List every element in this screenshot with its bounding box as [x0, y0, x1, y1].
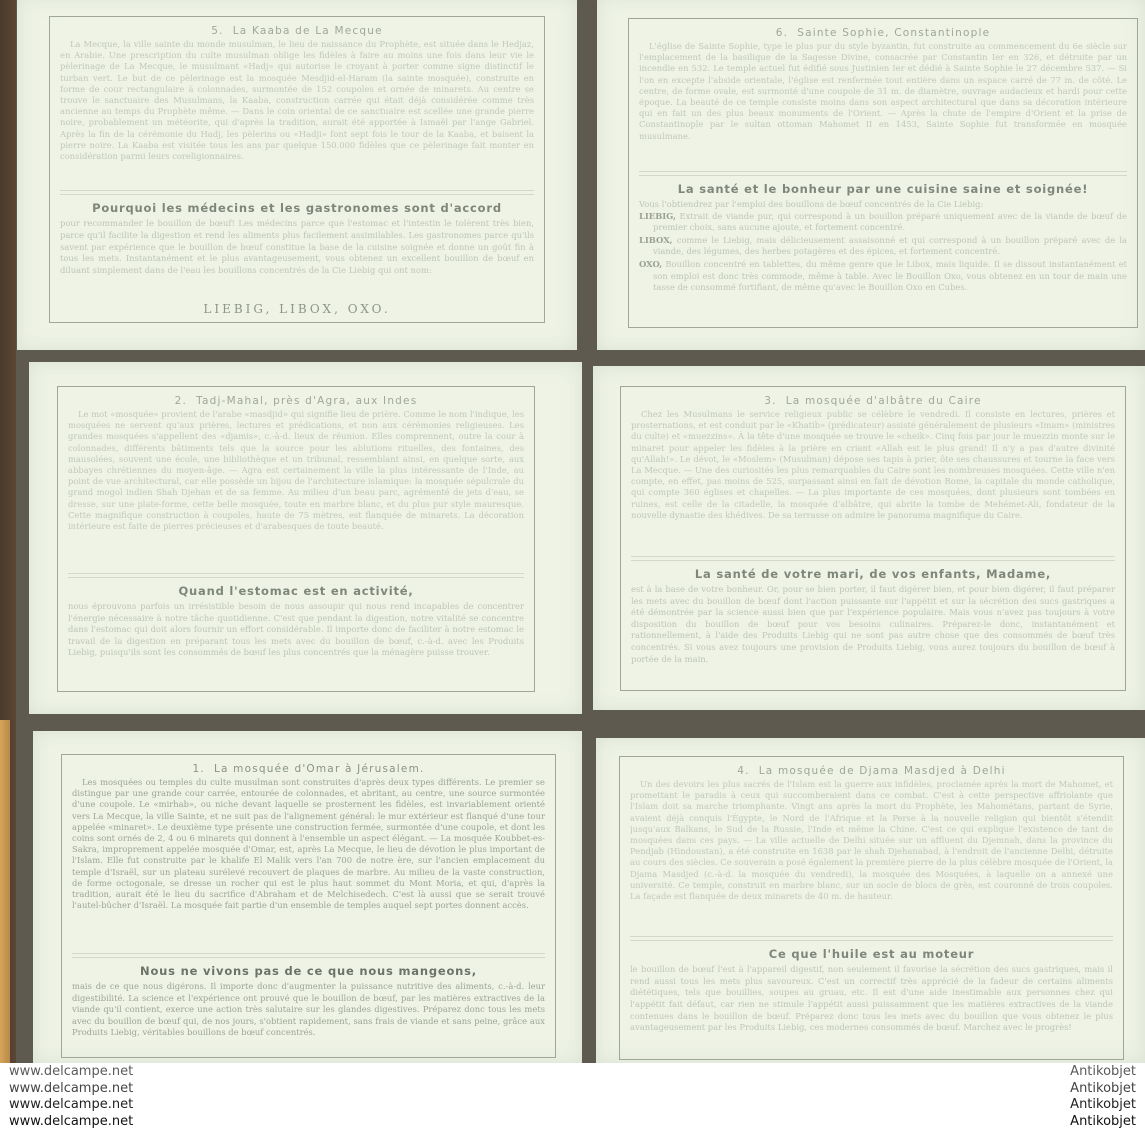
trade-card-1: 1. La mosquée d'Omar à Jérusalem. Les mo…: [33, 731, 582, 1063]
card-title: 1. La mosquée d'Omar à Jérusalem.: [72, 763, 545, 775]
card-description: Un des devoirs les plus sacrés de l'Isla…: [630, 779, 1113, 930]
card-description: La Mecque, la ville sainte du monde musu…: [60, 39, 534, 184]
watermark-text: Antikobjet: [1070, 1114, 1136, 1131]
brand-names: LIEBIG, LIBOX, OXO.: [60, 302, 534, 316]
divider: [72, 953, 545, 958]
card-title: 4. La mosquée de Djama Masdjed à Delhi: [630, 765, 1113, 777]
divider: [630, 936, 1113, 941]
card-title: 6. Sainte Sophie, Constantinople: [639, 27, 1127, 39]
card-title: 5. La Kaaba de La Mecque: [60, 25, 534, 37]
advert-title: Nous ne vivons pas de ce que nous mangeo…: [72, 964, 545, 978]
advert-text: nous éprouvons parfois un irrésistible b…: [68, 601, 524, 683]
trade-card-4: 4. La mosquée de Djama Masdjed à Delhi U…: [596, 738, 1145, 1063]
background-edge: [0, 720, 10, 1063]
card-description: L'église de Sainte Sophie, type le plus …: [639, 41, 1127, 165]
watermark-bar: www.delcampe.net www.delcampe.net www.de…: [0, 1063, 1145, 1131]
card-title: 2. Tadj-Mahal, près d'Agra, aux Indes: [68, 395, 524, 407]
advert-text: Vous l'obtiendrez par l'emploi des bouil…: [639, 199, 1127, 317]
product-libox: LIBOX, comme le Liebig, mais délicieusem…: [639, 235, 1127, 258]
watermark-right: Antikobjet Antikobjet Antikobjet Antikob…: [1070, 1064, 1136, 1130]
watermark-text: Antikobjet: [1070, 1064, 1136, 1081]
trade-card-3: 3. La mosquée d'albâtre du Caire Chez le…: [593, 366, 1145, 710]
advert-title: Ce que l'huile est au moteur: [630, 947, 1113, 961]
card-description: Chez les Musulmans le service religieux …: [631, 409, 1115, 550]
trade-card-6: 6. Sainte Sophie, Constantinople L'églis…: [597, 0, 1145, 350]
advert-title: La santé et le bonheur par une cuisine s…: [639, 182, 1127, 196]
watermark-text: www.delcampe.net: [9, 1114, 133, 1131]
watermark-text: Antikobjet: [1070, 1097, 1136, 1114]
advert-text: pour recommander le bouillon de bœuf! Le…: [60, 218, 534, 298]
advert-text: le bouillon de bœuf l'est à l'appareil d…: [630, 964, 1113, 1053]
watermark-left: www.delcampe.net www.delcampe.net www.de…: [9, 1064, 133, 1130]
scanned-photo: 5. La Kaaba de La Mecque La Mecque, la v…: [0, 0, 1145, 1063]
divider: [60, 190, 534, 195]
advert-text: mais de ce que nous digérons. Il importe…: [72, 981, 545, 1051]
card-title: 3. La mosquée d'albâtre du Caire: [631, 395, 1115, 407]
watermark-text: www.delcampe.net: [9, 1064, 133, 1081]
advert-intro: Vous l'obtiendrez par l'emploi des bouil…: [639, 199, 1127, 211]
card-description: Les mosquées ou temples du culte musulma…: [72, 777, 545, 947]
advert-text: est à la base de votre bonheur. Or, pour…: [631, 584, 1115, 684]
trade-card-2: 2. Tadj-Mahal, près d'Agra, aux Indes Le…: [29, 362, 582, 714]
trade-card-5: 5. La Kaaba de La Mecque La Mecque, la v…: [17, 0, 577, 350]
product-liebig: LIEBIG, Extrait de viande pur, qui corre…: [639, 211, 1127, 234]
advert-title: Pourquoi les médecins et les gastronomes…: [60, 201, 534, 215]
product-oxo: OXO, Bouillon concentré en tablettes, du…: [639, 259, 1127, 294]
advert-title: La santé de votre mari, de vos enfants, …: [631, 567, 1115, 581]
card-description: Le mot «mosquée» provient de l'arabe «ma…: [68, 409, 524, 567]
divider: [639, 171, 1127, 176]
divider: [631, 556, 1115, 561]
advert-title: Quand l'estomac est en activité,: [68, 584, 524, 598]
watermark-text: www.delcampe.net: [9, 1097, 133, 1114]
watermark-text: www.delcampe.net: [9, 1081, 133, 1098]
watermark-text: Antikobjet: [1070, 1081, 1136, 1098]
divider: [68, 573, 524, 578]
